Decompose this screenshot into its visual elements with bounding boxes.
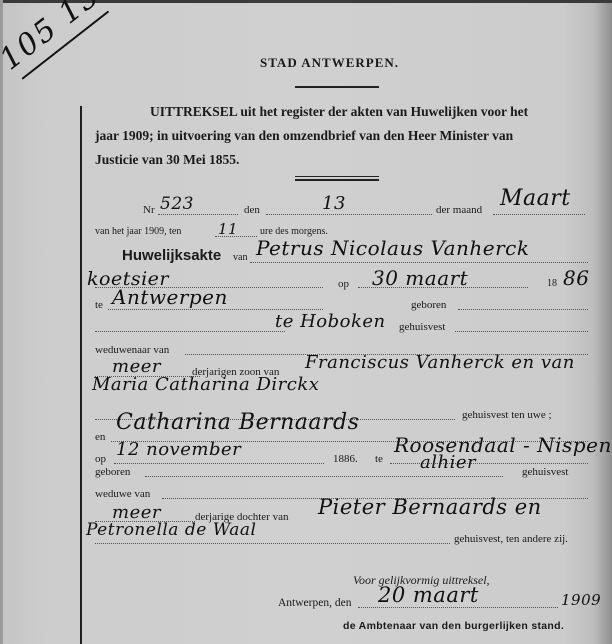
groom-name-line bbox=[250, 262, 588, 263]
groom-op-label: op bbox=[338, 278, 349, 290]
intro-lead: UITTREKSEL bbox=[150, 104, 237, 119]
bride-father: Pieter Bernaards en bbox=[318, 495, 542, 519]
nr-field-line bbox=[158, 214, 238, 215]
groom-birthplace-line bbox=[108, 309, 323, 310]
nr-value: 523 bbox=[160, 194, 194, 214]
groom-van-label: van bbox=[233, 252, 247, 263]
month-field-line bbox=[493, 214, 585, 215]
bride-birthdate-line bbox=[114, 463, 324, 464]
bride-geboren-label: geboren bbox=[95, 466, 130, 478]
page-title: STAD ANTWERPEN. bbox=[260, 55, 399, 71]
groom-gehuisvest-label: gehuisvest bbox=[399, 321, 445, 333]
footer-date-value: 20 maart bbox=[378, 583, 479, 607]
bride-birth-year: 1886. bbox=[333, 453, 358, 465]
month-value: Maart bbox=[500, 186, 571, 211]
groom-end-label: gehuisvest ten uwe ; bbox=[462, 409, 552, 421]
bride-mother: Petronella de Waal bbox=[86, 520, 256, 540]
groom-father: Franciscus Vanherck en van bbox=[305, 352, 575, 373]
groom-geboren-label: geboren bbox=[411, 299, 446, 311]
groom-residence-line bbox=[455, 331, 588, 332]
nr-label: Nr bbox=[143, 204, 155, 216]
den-label: den bbox=[244, 204, 260, 216]
groom-birth-place: Antwerpen bbox=[112, 285, 228, 309]
bride-end-line bbox=[95, 543, 450, 544]
groom-residence-prefix-line bbox=[95, 331, 285, 332]
hour-value: 11 bbox=[218, 220, 238, 238]
section-divider bbox=[295, 176, 379, 177]
bride-residence: alhier bbox=[420, 452, 476, 473]
footer-year: 1909 bbox=[561, 591, 601, 609]
day-value: 13 bbox=[322, 193, 346, 214]
signatory-title: de Ambtenaar van den burgerlijken stand. bbox=[343, 620, 564, 632]
title-divider bbox=[295, 86, 379, 88]
margin-rule bbox=[80, 106, 82, 644]
groom-residence: te Hoboken bbox=[275, 311, 386, 332]
year-line-label: van het jaar 1909, ten bbox=[95, 226, 181, 237]
intro-paragraph: UITTREKSEL uit het register der akten va… bbox=[95, 100, 590, 172]
intro-line-1-text: uit het register der akten van Huwelijke… bbox=[240, 104, 528, 119]
widow-label: weduwe van bbox=[95, 488, 150, 500]
day-field-line bbox=[266, 214, 432, 215]
intro-line-3: Justicie van 30 Mei 1855. bbox=[95, 148, 590, 172]
page-left-edge bbox=[0, 0, 3, 644]
groom-birth-date: 30 maart bbox=[372, 266, 468, 290]
widower-label: weduwenaar van bbox=[95, 344, 169, 356]
footer-place-label: Antwerpen, den bbox=[278, 597, 351, 609]
groom-year-prefix: 18 bbox=[547, 278, 557, 289]
bride-name: Catharina Bernaards bbox=[116, 410, 359, 435]
bride-en-label: en bbox=[95, 431, 105, 443]
marriage-act-heading: Huwelijksakte bbox=[122, 247, 221, 264]
intro-line-2: jaar 1909; in uitvoering van den omzendb… bbox=[95, 124, 590, 148]
document-page: 105 132 STAD ANTWERPEN. UITTREKSEL uit h… bbox=[0, 0, 612, 644]
groom-te-label: te bbox=[95, 299, 103, 311]
bride-gehuisvest-label: gehuisvest bbox=[522, 466, 568, 478]
section-divider-thick bbox=[295, 179, 379, 181]
groom-mother: Maria Catharina Dirckx bbox=[92, 374, 319, 395]
bride-birth-date: 12 november bbox=[116, 439, 241, 460]
footer-date-line bbox=[358, 607, 558, 608]
month-label: der maand bbox=[436, 204, 482, 216]
bride-te-label: te bbox=[375, 453, 383, 465]
bride-op-label: op bbox=[95, 453, 106, 465]
bride-residence-line bbox=[145, 476, 503, 477]
groom-name: Petrus Nicolaus Vanherck bbox=[256, 236, 529, 260]
groom-year-suffix: 86 bbox=[563, 266, 589, 290]
groom-geboren-line bbox=[458, 309, 588, 310]
bride-end-label: gehuisvest, ten andere zij. bbox=[454, 533, 568, 545]
intro-line-1: UITTREKSEL uit het register der akten va… bbox=[95, 100, 590, 124]
